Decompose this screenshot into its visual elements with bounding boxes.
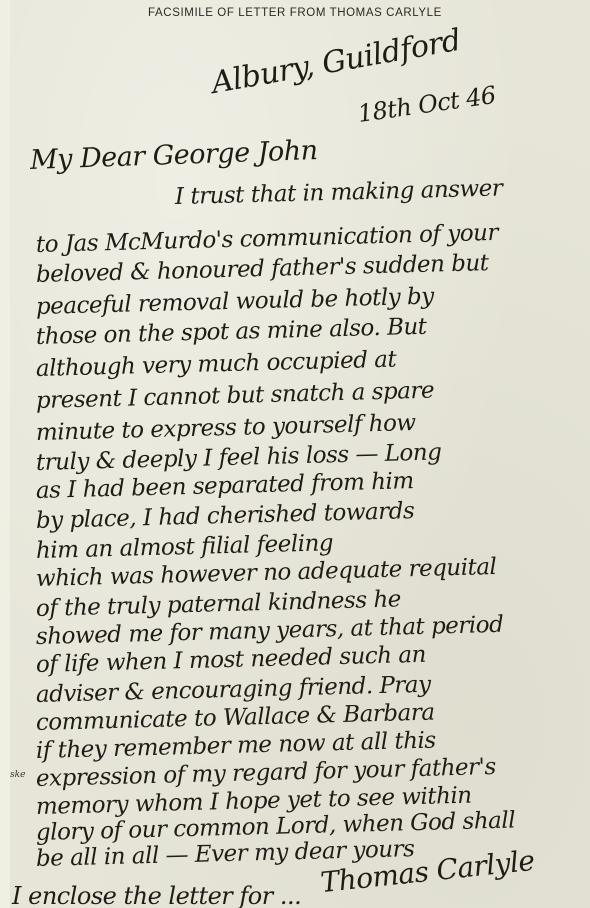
postscript: I enclose the letter for ... [12,882,301,908]
margin-note: ske [10,770,25,780]
page-title: FACSIMILE OF LETTER FROM THOMAS CARLYLE [0,7,590,19]
page-edge [0,0,10,908]
